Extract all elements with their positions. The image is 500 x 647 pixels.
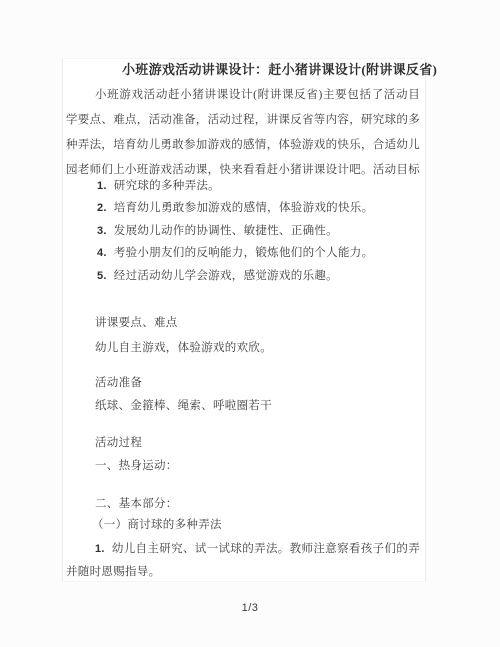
goal-number: 5.	[97, 270, 107, 282]
section-sub-heading: （一）商讨球的多种弄法	[66, 513, 420, 538]
goal-text: 发展幼儿动作的协调性、敏捷性、正确性。	[114, 225, 338, 237]
intro-line: 种弄法，培育幼儿勇敢参加游戏的感情，体验游戏的快乐，合适幼儿	[66, 133, 420, 158]
goal-item: 3.发展幼儿动作的协调性、敏捷性、正确性。	[97, 220, 451, 242]
section-preparation-heading: 活动准备	[66, 371, 420, 396]
goal-item: 1.研究球的多种弄法。	[97, 175, 451, 197]
goal-text: 培育幼儿勇敢参加游戏的感情，体验游戏的快乐。	[114, 202, 374, 214]
section-key-points-text: 幼儿自主游戏，体验游戏的欢欣。	[66, 336, 420, 361]
step-paragraph-line1: 1.幼儿自主研究、试一试球的弄法。教师注意察看孩子们的弄法，	[66, 537, 420, 562]
intro-line: 小班游戏活动赶小猪讲课设计(附讲课反省)主要包括了活动目标，教	[66, 83, 420, 108]
intro-line: 学要点、难点，活动准备，活动过程，讲课反省等内容，研究球的多	[66, 108, 420, 133]
page-number: 1/3	[0, 602, 500, 614]
section-key-points-heading: 讲课要点、难点	[66, 311, 420, 336]
activity-goals-list: 1.研究球的多种弄法。 2.培育幼儿勇敢参加游戏的感情，体验游戏的快乐。 3.发…	[66, 175, 451, 287]
document-title: 小班游戏活动讲课设计：赶小猪讲课设计(附讲课反省)	[66, 57, 420, 82]
goal-number: 2.	[97, 202, 107, 214]
goal-item: 5.经过活动幼儿学会游戏，感觉游戏的乐趣。	[97, 265, 451, 287]
step-number: 1.	[95, 543, 105, 555]
goal-text: 考验小朋友们的反响能力，锻炼他们的个人能力。	[114, 247, 374, 259]
goal-item: 4.考验小朋友们的反响能力，锻炼他们的个人能力。	[97, 242, 451, 264]
section-warmup-heading: 一、热身运动：	[66, 454, 420, 479]
document-viewer: 小班游戏活动讲课设计：赶小猪讲课设计(附讲课反省) 小班游戏活动赶小猪讲课设计(…	[0, 0, 500, 647]
intro-paragraph: 小班游戏活动赶小猪讲课设计(附讲课反省)主要包括了活动目标，教 学要点、难点，活…	[66, 83, 420, 183]
goal-item: 2.培育幼儿勇敢参加游戏的感情，体验游戏的快乐。	[97, 197, 451, 219]
goal-number: 3.	[97, 225, 107, 237]
step-paragraph-line2: 并随时恩赐指导。	[66, 560, 420, 585]
goal-text: 研究球的多种弄法。	[114, 180, 220, 192]
section-preparation-text: 纸球、金箍棒、绳索、呼啦圈若干	[66, 394, 420, 419]
goal-text: 经过活动幼儿学会游戏，感觉游戏的乐趣。	[114, 270, 338, 282]
section-process-heading: 活动过程	[66, 431, 420, 456]
goal-number: 4.	[97, 247, 107, 259]
goal-number: 1.	[97, 180, 107, 192]
